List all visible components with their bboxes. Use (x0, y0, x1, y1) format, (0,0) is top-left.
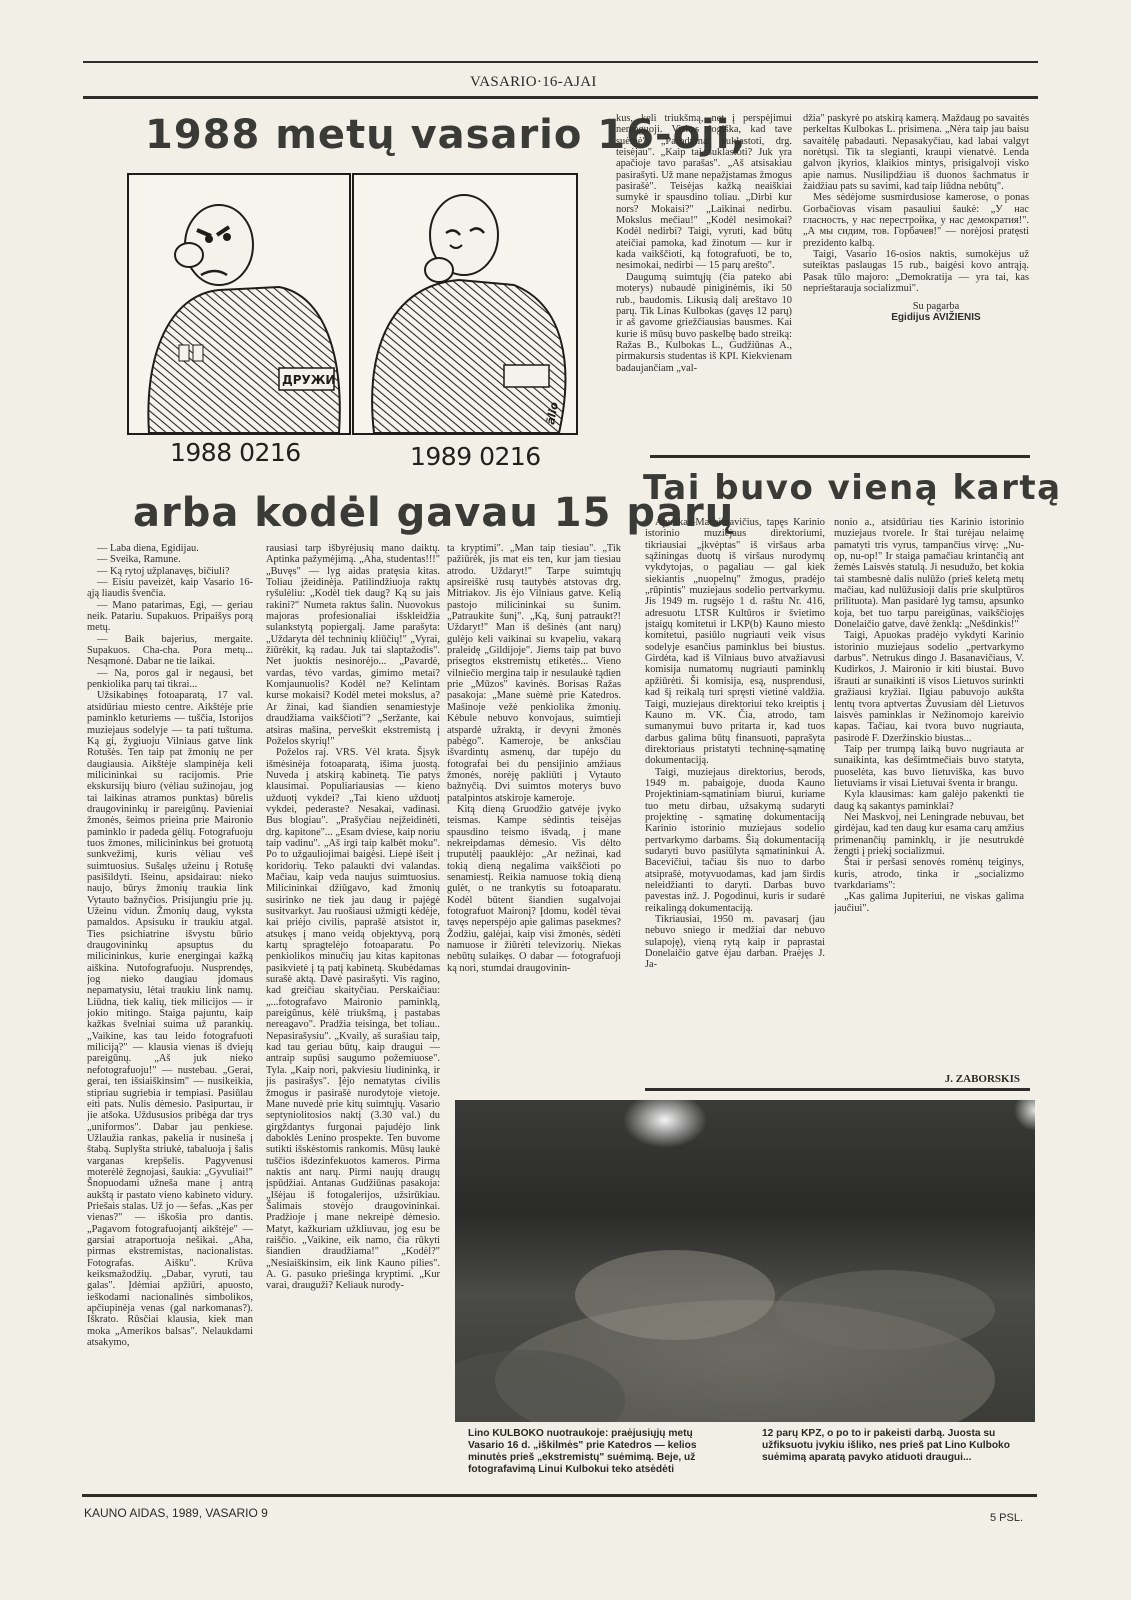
article2-top-rule (650, 455, 1030, 458)
paragraph: Taigi, muziejaus direktorius, berods, 19… (645, 767, 825, 914)
article1-column-4: kus, keli triukšmą, net į perspėjimui ne… (616, 113, 792, 443)
cartoon-date-right: 1989 0216 (410, 442, 541, 471)
cartoon-panel-right: ālio (352, 173, 578, 435)
paragraph: — Eisiu paveizėt, kaip Vasario 16-ąją li… (87, 577, 253, 600)
article2-author: J. ZABORSKIS (880, 1073, 1020, 1085)
paragraph: ta kryptimi". „Man taip tiesiau". „Tik p… (447, 543, 621, 804)
paragraph: džia" paskyrė po atskirą kamerą. Maždaug… (803, 113, 1029, 192)
header-rule (83, 96, 1038, 99)
paragraph: Taigi, Apuokas pradėjo vykdyti Karinio i… (834, 630, 1024, 743)
paragraph: Poželos raj. VRS. Vėl krata. Šįsyk išmės… (266, 747, 440, 1292)
svg-text:ДРУЖИ: ДРУЖИ (282, 373, 335, 387)
paragraph: — Laba diena, Egidijau. (87, 543, 253, 554)
paragraph: nonio a., atsidūriau ties Karinio istori… (834, 517, 1024, 630)
paragraph: Užsikabinęs fotoaparatą, 17 val. atsidūr… (87, 690, 253, 1348)
article2-headline: Tai buvo vieną kartą (643, 468, 1062, 508)
signoff: Su pagarba (803, 301, 1029, 312)
paragraph: Kyla klausimas: kam galėjo pakenkti tie … (834, 789, 1024, 812)
footer-page-number: 5 PSL. (990, 1512, 1023, 1524)
article1-column-3: ta kryptimi". „Man taip tiesiau". „Tik p… (447, 543, 621, 1080)
top-rule (83, 61, 1038, 63)
paragraph: Apuokas-Maksimavičius, tapęs Karinio ist… (645, 517, 825, 767)
photo-caption-left: Lino KULBOKO nuotraukoje: praėjusiųjų me… (468, 1428, 726, 1476)
paragraph: Daugumą suimtųjų (čia pateko abi moterys… (616, 272, 792, 374)
paragraph: — Ką rytoj užplanavęs, bičiuli? (87, 566, 253, 577)
crowd-shape (575, 1250, 775, 1340)
paragraph: — Na, poros gal ir negausi, bet penkioli… (87, 668, 253, 691)
paragraph: — Baik bajerius, mergaite. Supakuos. Cha… (87, 634, 253, 668)
crowd-shape (775, 1270, 995, 1350)
paragraph: Štai ir peršasi senovės romėnų teiginys,… (834, 857, 1024, 891)
cartoon-figure-stern-icon: ДРУЖИ (129, 175, 349, 433)
cartoon-panel-left: ДРУЖИ (127, 173, 351, 435)
paragraph: Taigi, Vasario 16-osios naktis, sumokėju… (803, 249, 1029, 294)
cartoon-figure-sad-icon: ālio (354, 175, 576, 433)
paragraph: — Mano patarimas, Egi, — geriau neik. Pa… (87, 600, 253, 634)
paragraph: Nei Maskvoj, nei Leningrade nebuvau, bet… (834, 812, 1024, 857)
article2-column-2: nonio a., atsidūriau ties Karinio istori… (834, 517, 1024, 1087)
running-head: VASARIO·16-AJAI (470, 74, 630, 91)
paragraph: „Kas galima Jupiteriui, ne viskas galima… (834, 891, 1024, 914)
article1-column-1: — Laba diena, Egidijau. — Sveika, Ramune… (87, 543, 253, 1468)
paragraph: rausiasi tarp išbyrėjusių mano daiktų. A… (266, 543, 440, 747)
paragraph: Mes sėdėjome susmirdusiose kamerose, o p… (803, 192, 1029, 249)
article1-author: Egidijus AVIŽIENIS (803, 312, 1029, 323)
cartoon-date-left: 1988 0216 (170, 438, 301, 467)
paragraph: Taip per trumpą laiką buvo nugriauta ar … (834, 744, 1024, 789)
photo-caption-right: 12 parų KPZ, o po to ir pakeisti darbą. … (762, 1428, 1012, 1464)
paragraph: kus, keli triukšmą, net į perspėjimui ne… (616, 113, 792, 272)
paragraph: — Sveika, Ramune. (87, 554, 253, 565)
crowd-photo (455, 1100, 1035, 1422)
article1-column-5: džia" paskyrė po atskirą kamerą. Maždaug… (803, 113, 1029, 448)
article2-bottom-rule (645, 1088, 1030, 1091)
footer-rule (82, 1494, 1037, 1497)
article1-column-2: rausiasi tarp išbyrėjusių mano daiktų. A… (266, 543, 440, 1468)
footer-publication: KAUNO AIDAS, 1989, VASARIO 9 (84, 1506, 268, 1520)
paragraph: Kitą dieną Gruodžio gatvėje įvyko teisma… (447, 804, 621, 974)
paragraph: Tikriausiai, 1950 m. pavasarį (jau nebuv… (645, 914, 825, 971)
article2-column-1: Apuokas-Maksimavičius, tapęs Karinio ist… (645, 517, 825, 1077)
